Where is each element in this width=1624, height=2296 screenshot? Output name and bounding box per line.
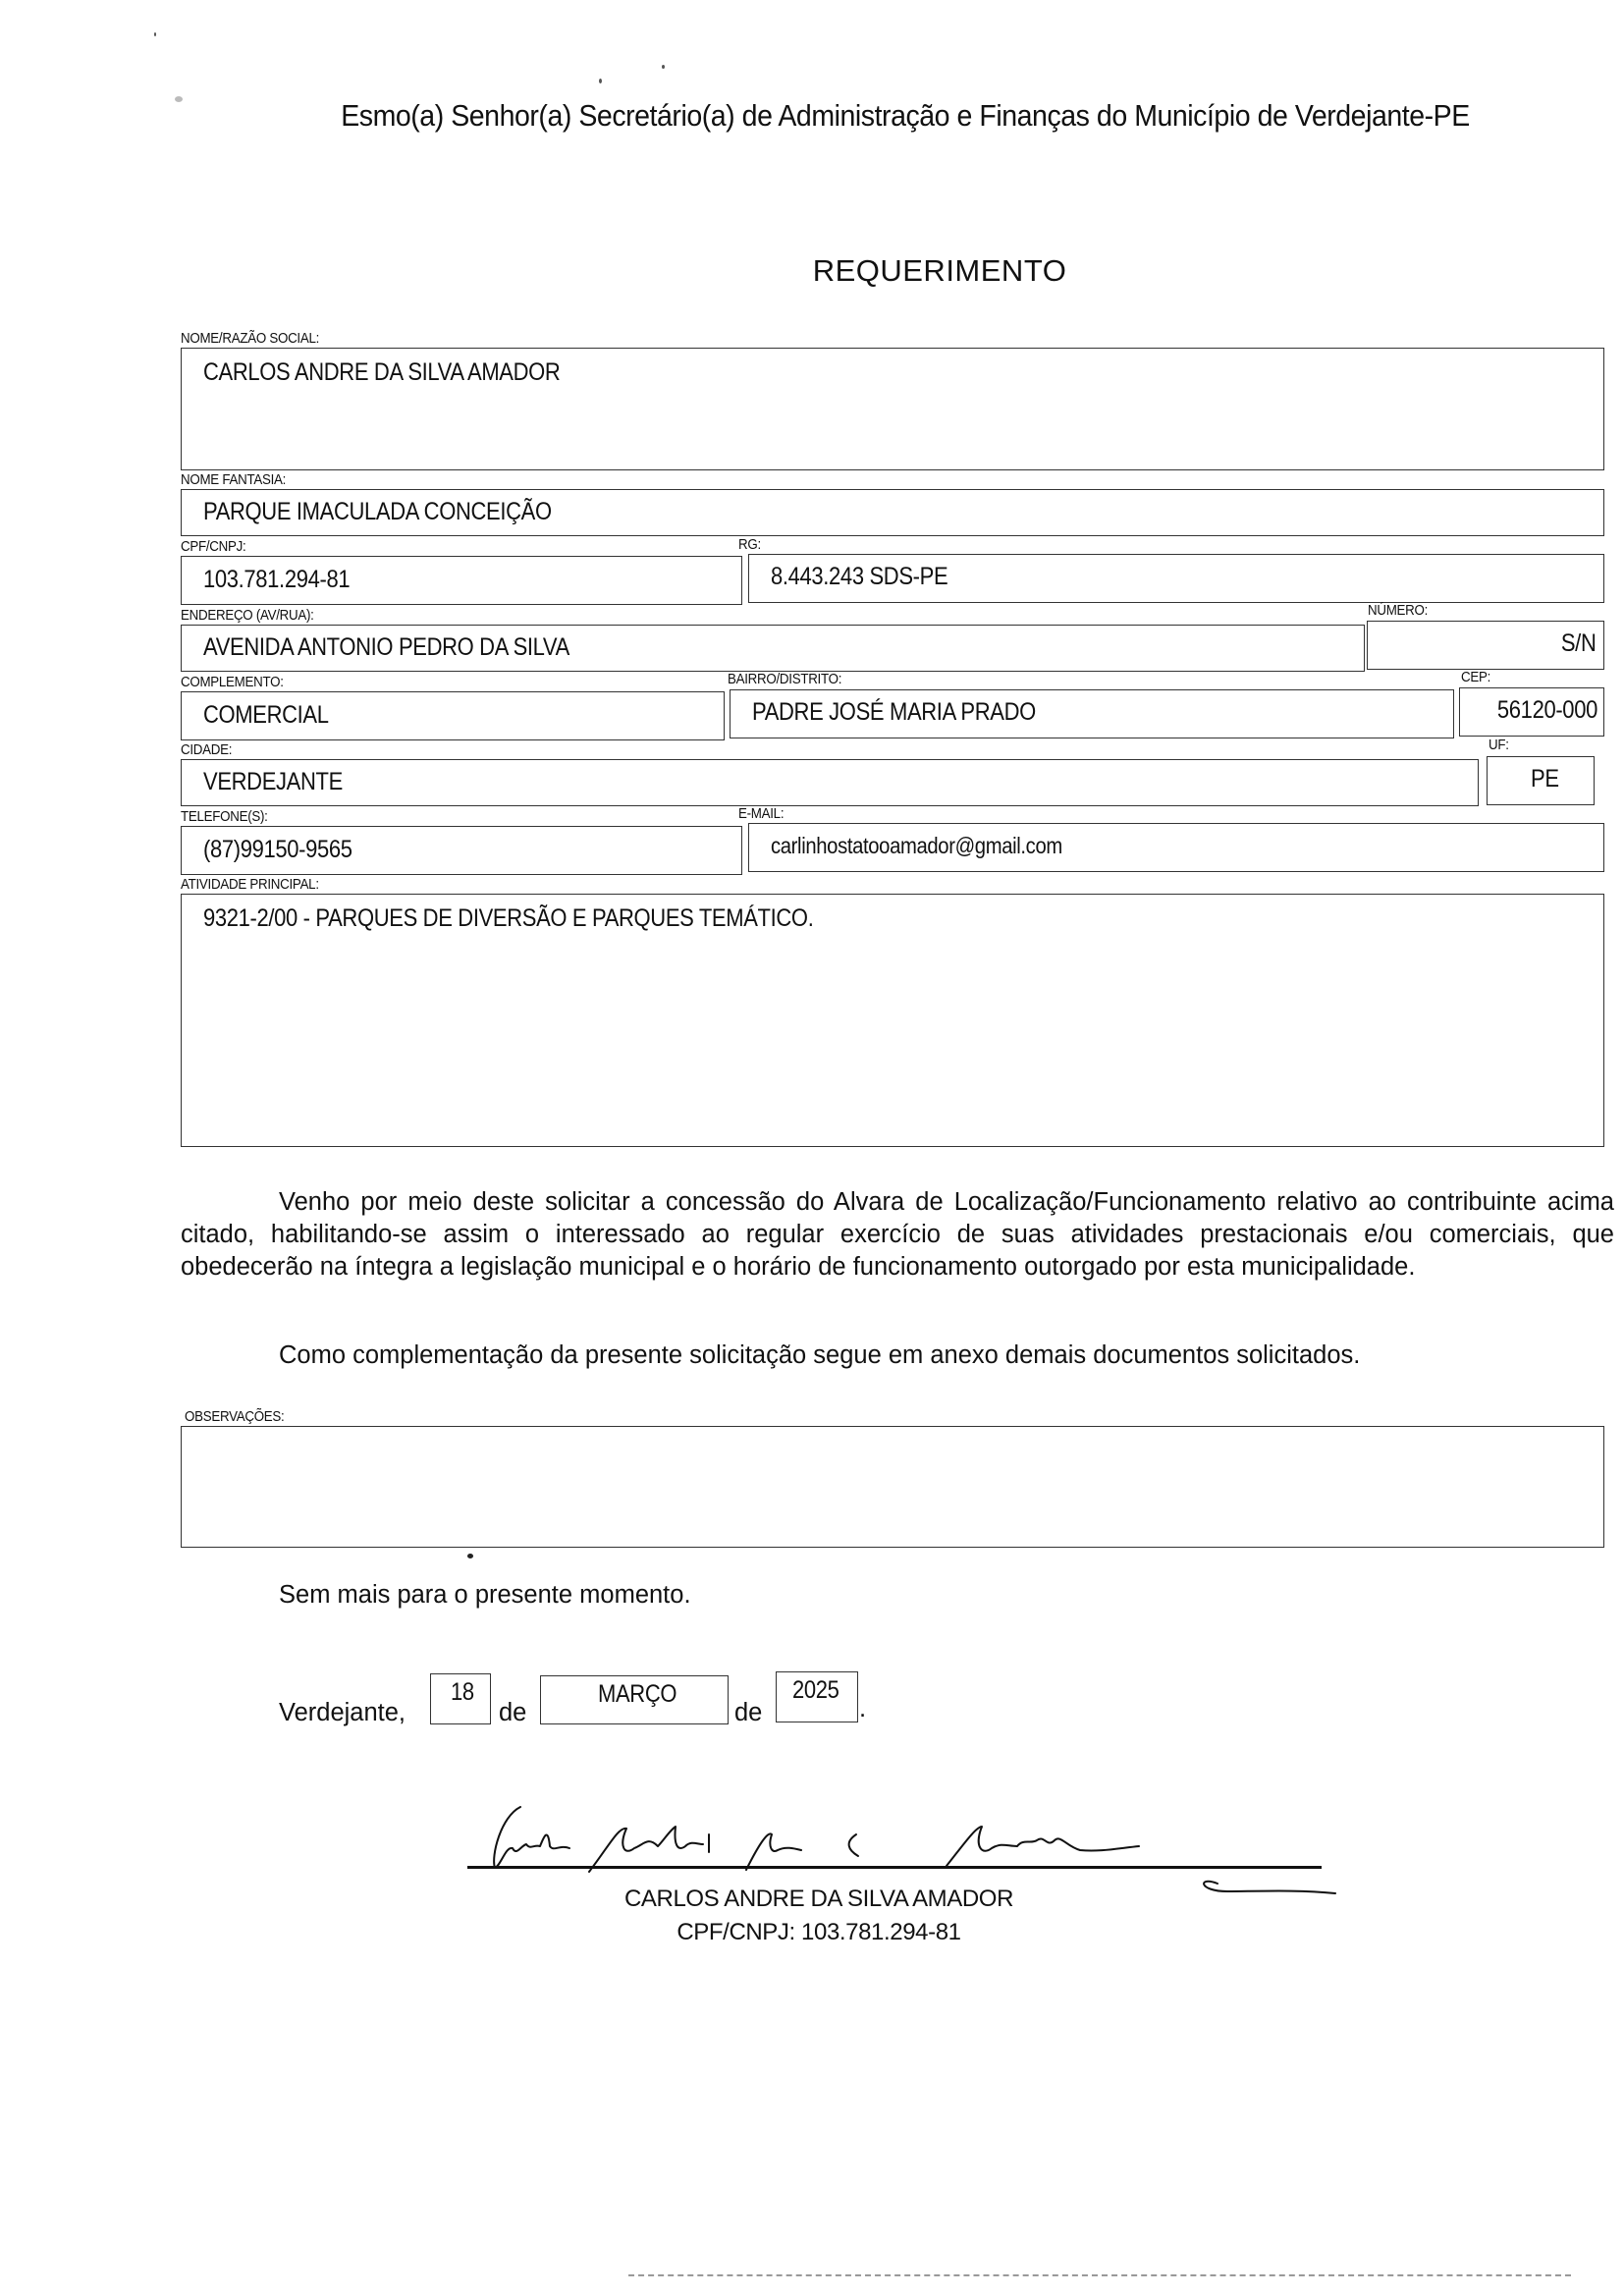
label-cpf-cnpj: CPF/CNPJ: bbox=[181, 539, 245, 555]
date-year-field[interactable]: 2025 bbox=[776, 1671, 858, 1722]
label-telefone: TELEFONE(S): bbox=[181, 809, 268, 825]
closing-line: Sem mais para o presente momento. bbox=[279, 1579, 691, 1612]
field-cpf-cnpj[interactable]: 103.781.294-81 bbox=[181, 556, 742, 605]
value-bairro: PADRE JOSÉ MARIA PRADO bbox=[752, 698, 1036, 727]
label-cep: CEP: bbox=[1461, 670, 1490, 685]
label-nome-fantasia: NOME FANTASIA: bbox=[181, 472, 286, 488]
signer-name: CARLOS ANDRE DA SILVA AMADOR bbox=[0, 1886, 1624, 1913]
field-nome-razao-social[interactable]: CARLOS ANDRE DA SILVA AMADOR bbox=[181, 348, 1604, 470]
field-observacoes[interactable] bbox=[181, 1426, 1604, 1548]
date-month: MARÇO bbox=[598, 1680, 677, 1709]
value-telefone: (87)99150-9565 bbox=[203, 836, 352, 864]
addressee-line: Esmo(a) Senhor(a) Secretário(a) de Admin… bbox=[73, 98, 1567, 134]
addressee-text: Esmo(a) Senhor(a) Secretário(a) de Admin… bbox=[341, 98, 1470, 134]
field-endereco[interactable]: AVENIDA ANTONIO PEDRO DA SILVA bbox=[181, 625, 1365, 672]
field-bairro[interactable]: PADRE JOSÉ MARIA PRADO bbox=[730, 689, 1454, 738]
field-uf[interactable]: PE bbox=[1487, 756, 1595, 805]
field-rg[interactable]: 8.443.243 SDS-PE bbox=[748, 554, 1604, 603]
signer-id: CPF/CNPJ: 103.781.294-81 bbox=[0, 1919, 1624, 1946]
date-sep-2: de bbox=[734, 1697, 762, 1729]
date-sep-1: de bbox=[499, 1697, 526, 1729]
field-telefone[interactable]: (87)99150-9565 bbox=[181, 826, 742, 875]
scan-speck bbox=[599, 79, 602, 83]
value-numero: S/N bbox=[1560, 629, 1596, 658]
value-rg: 8.443.243 SDS-PE bbox=[771, 563, 947, 591]
date-end: . bbox=[859, 1693, 866, 1725]
scan-edge-dashes bbox=[628, 2274, 1571, 2278]
scan-speck bbox=[154, 32, 156, 36]
label-nome-razao-social: NOME/RAZÃO SOCIAL: bbox=[181, 331, 319, 347]
date-year: 2025 bbox=[792, 1676, 839, 1705]
label-rg: RG: bbox=[738, 537, 761, 553]
value-complemento: COMERCIAL bbox=[203, 701, 329, 730]
label-numero: NÚMERO: bbox=[1368, 603, 1428, 619]
value-nome-fantasia: PARQUE IMACULADA CONCEIÇÃO bbox=[203, 498, 552, 526]
label-bairro: BAIRRO/DISTRITO: bbox=[728, 672, 841, 687]
date-city: Verdejante, bbox=[279, 1697, 406, 1729]
field-numero[interactable]: S/N bbox=[1367, 621, 1604, 670]
label-endereco: ENDEREÇO (AV/RUA): bbox=[181, 608, 314, 624]
field-complemento[interactable]: COMERCIAL bbox=[181, 691, 725, 740]
signature-line bbox=[467, 1866, 1322, 1869]
field-cidade[interactable]: VERDEJANTE bbox=[181, 759, 1479, 806]
request-paragraph-text: Venho por meio deste solicitar a concess… bbox=[181, 1188, 1614, 1281]
request-paragraph: Venho por meio deste solicitar a concess… bbox=[181, 1186, 1614, 1284]
scan-speck bbox=[662, 65, 665, 69]
field-cep[interactable]: 56120-000 bbox=[1459, 687, 1604, 737]
value-endereco: AVENIDA ANTONIO PEDRO DA SILVA bbox=[203, 633, 569, 662]
field-nome-fantasia[interactable]: PARQUE IMACULADA CONCEIÇÃO bbox=[181, 489, 1604, 536]
label-uf: UF: bbox=[1489, 738, 1509, 753]
value-cpf-cnpj: 103.781.294-81 bbox=[203, 566, 350, 594]
label-observacoes: OBSERVAÇÕES: bbox=[185, 1409, 284, 1425]
date-day: 18 bbox=[451, 1678, 474, 1707]
value-atividade: 9321-2/00 - PARQUES DE DIVERSÃO E PARQUE… bbox=[203, 904, 813, 933]
label-cidade: CIDADE: bbox=[181, 742, 232, 758]
field-atividade[interactable]: 9321-2/00 - PARQUES DE DIVERSÃO E PARQUE… bbox=[181, 894, 1604, 1147]
field-email[interactable]: carlinhostatooamador@gmail.com bbox=[748, 823, 1604, 872]
value-nome-razao-social: CARLOS ANDRE DA SILVA AMADOR bbox=[203, 358, 560, 387]
date-month-field[interactable]: MARÇO bbox=[540, 1675, 729, 1724]
value-uf: PE bbox=[1531, 765, 1559, 793]
date-day-field[interactable]: 18 bbox=[430, 1673, 491, 1724]
label-email: E-MAIL: bbox=[738, 806, 784, 822]
value-email: carlinhostatooamador@gmail.com bbox=[771, 833, 1062, 859]
label-complemento: COMPLEMENTO: bbox=[181, 675, 284, 690]
scan-speck bbox=[467, 1554, 473, 1558]
value-cep: 56120-000 bbox=[1497, 696, 1597, 725]
attachments-paragraph: Como complementação da presente solicita… bbox=[279, 1339, 1614, 1372]
label-atividade: ATIVIDADE PRINCIPAL: bbox=[181, 877, 319, 893]
page-title: REQUERIMENTO bbox=[0, 253, 1624, 289]
value-cidade: VERDEJANTE bbox=[203, 768, 343, 796]
